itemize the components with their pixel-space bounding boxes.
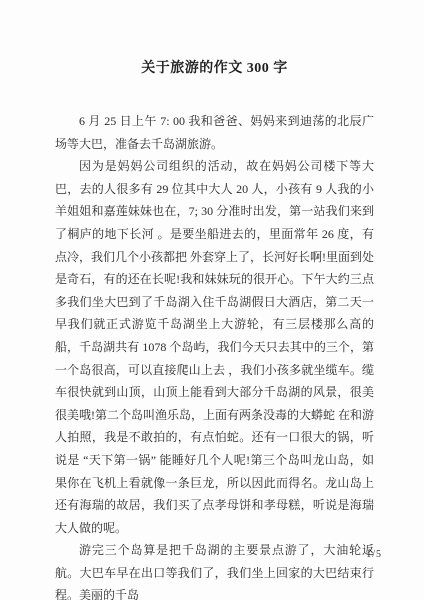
page-number: 1/5 bbox=[366, 549, 382, 560]
paragraph-3: 游完三个岛算是把千岛湖的主要景点游了，大油轮返航。大巴车早在出口等我们了，我们坐… bbox=[55, 539, 374, 600]
paragraph-2: 因为是妈妈公司组织的活动，故在妈妈公司楼下等大巴，去的人很多有 29 位其中大人… bbox=[55, 155, 374, 539]
document-title: 关于旅游的作文 300 字 bbox=[55, 58, 374, 80]
paragraph-1: 6 月 25 日上午 7: 00 我和爸爸、妈妈来到迪荡的北辰广场等大巴，准备去… bbox=[55, 110, 374, 155]
document-page: 关于旅游的作文 300 字 6 月 25 日上午 7: 00 我和爸爸、妈妈来到… bbox=[0, 0, 424, 600]
